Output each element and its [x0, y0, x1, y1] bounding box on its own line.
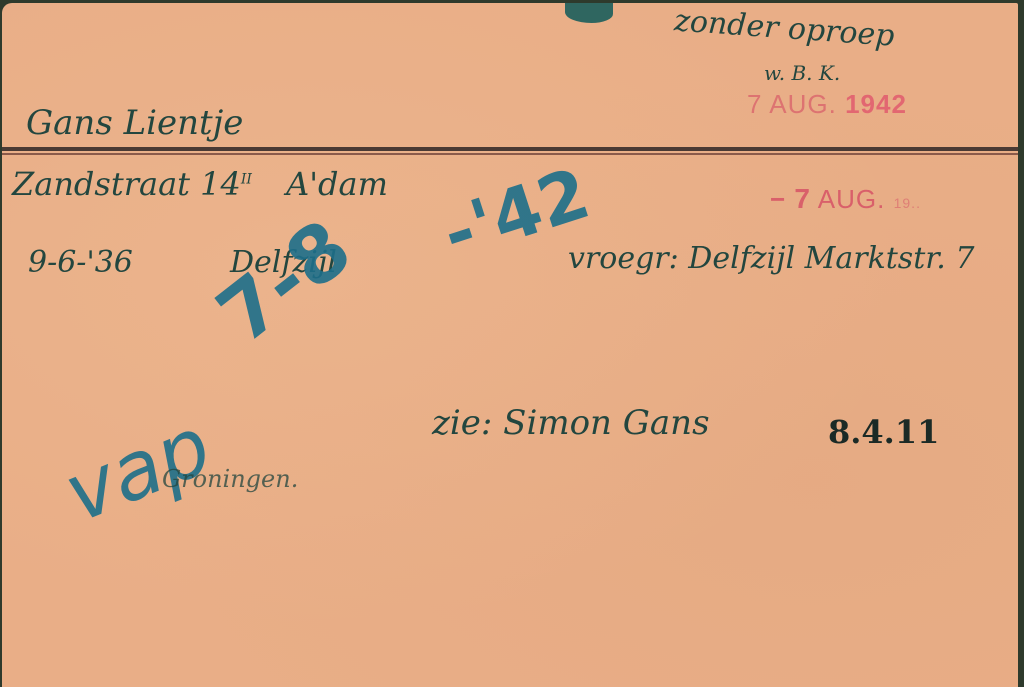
stamp2-month: AUG.: [818, 184, 886, 214]
stamp-year: 1942: [845, 89, 907, 119]
address-street: Zandstraat 14: [12, 165, 241, 203]
stamp-day: 7: [747, 89, 762, 119]
ink-smudge: [565, 3, 613, 23]
crayon-date-1: 7-8: [202, 203, 368, 361]
ruled-line-dark: [2, 147, 1018, 151]
reference-number: 8.4.11: [828, 413, 939, 451]
address-floor: II: [241, 171, 252, 187]
stamp2-year: 19..: [894, 195, 921, 211]
date-stamp-second: − 7 AUG. 19..: [770, 183, 921, 215]
address-city: A'dam: [286, 165, 388, 203]
initials: w. B. K.: [764, 61, 840, 85]
stamp2-day: 7: [794, 183, 811, 214]
faint-word-groningen: Groningen.: [162, 465, 298, 493]
address-line: Zandstraat 14II A'dam: [12, 165, 388, 203]
stamp2-marker: −: [770, 184, 786, 214]
stamp-month: AUG.: [769, 89, 837, 119]
birth-date: 9-6-'36: [28, 245, 133, 280]
ruled-line-light: [2, 153, 1018, 155]
relation-note: zie: Simon Gans: [432, 403, 710, 443]
date-stamp-top: 7 AUG. 1942: [747, 89, 907, 120]
previous-address: vroegr: Delfzijl Marktstr. 7: [568, 241, 974, 276]
name-line: Gans Lientje: [26, 103, 243, 143]
index-card: zonder oproep w. B. K. 7 AUG. 1942 Gans …: [2, 3, 1018, 687]
note-zonder-oproep: zonder oproep: [673, 3, 896, 53]
